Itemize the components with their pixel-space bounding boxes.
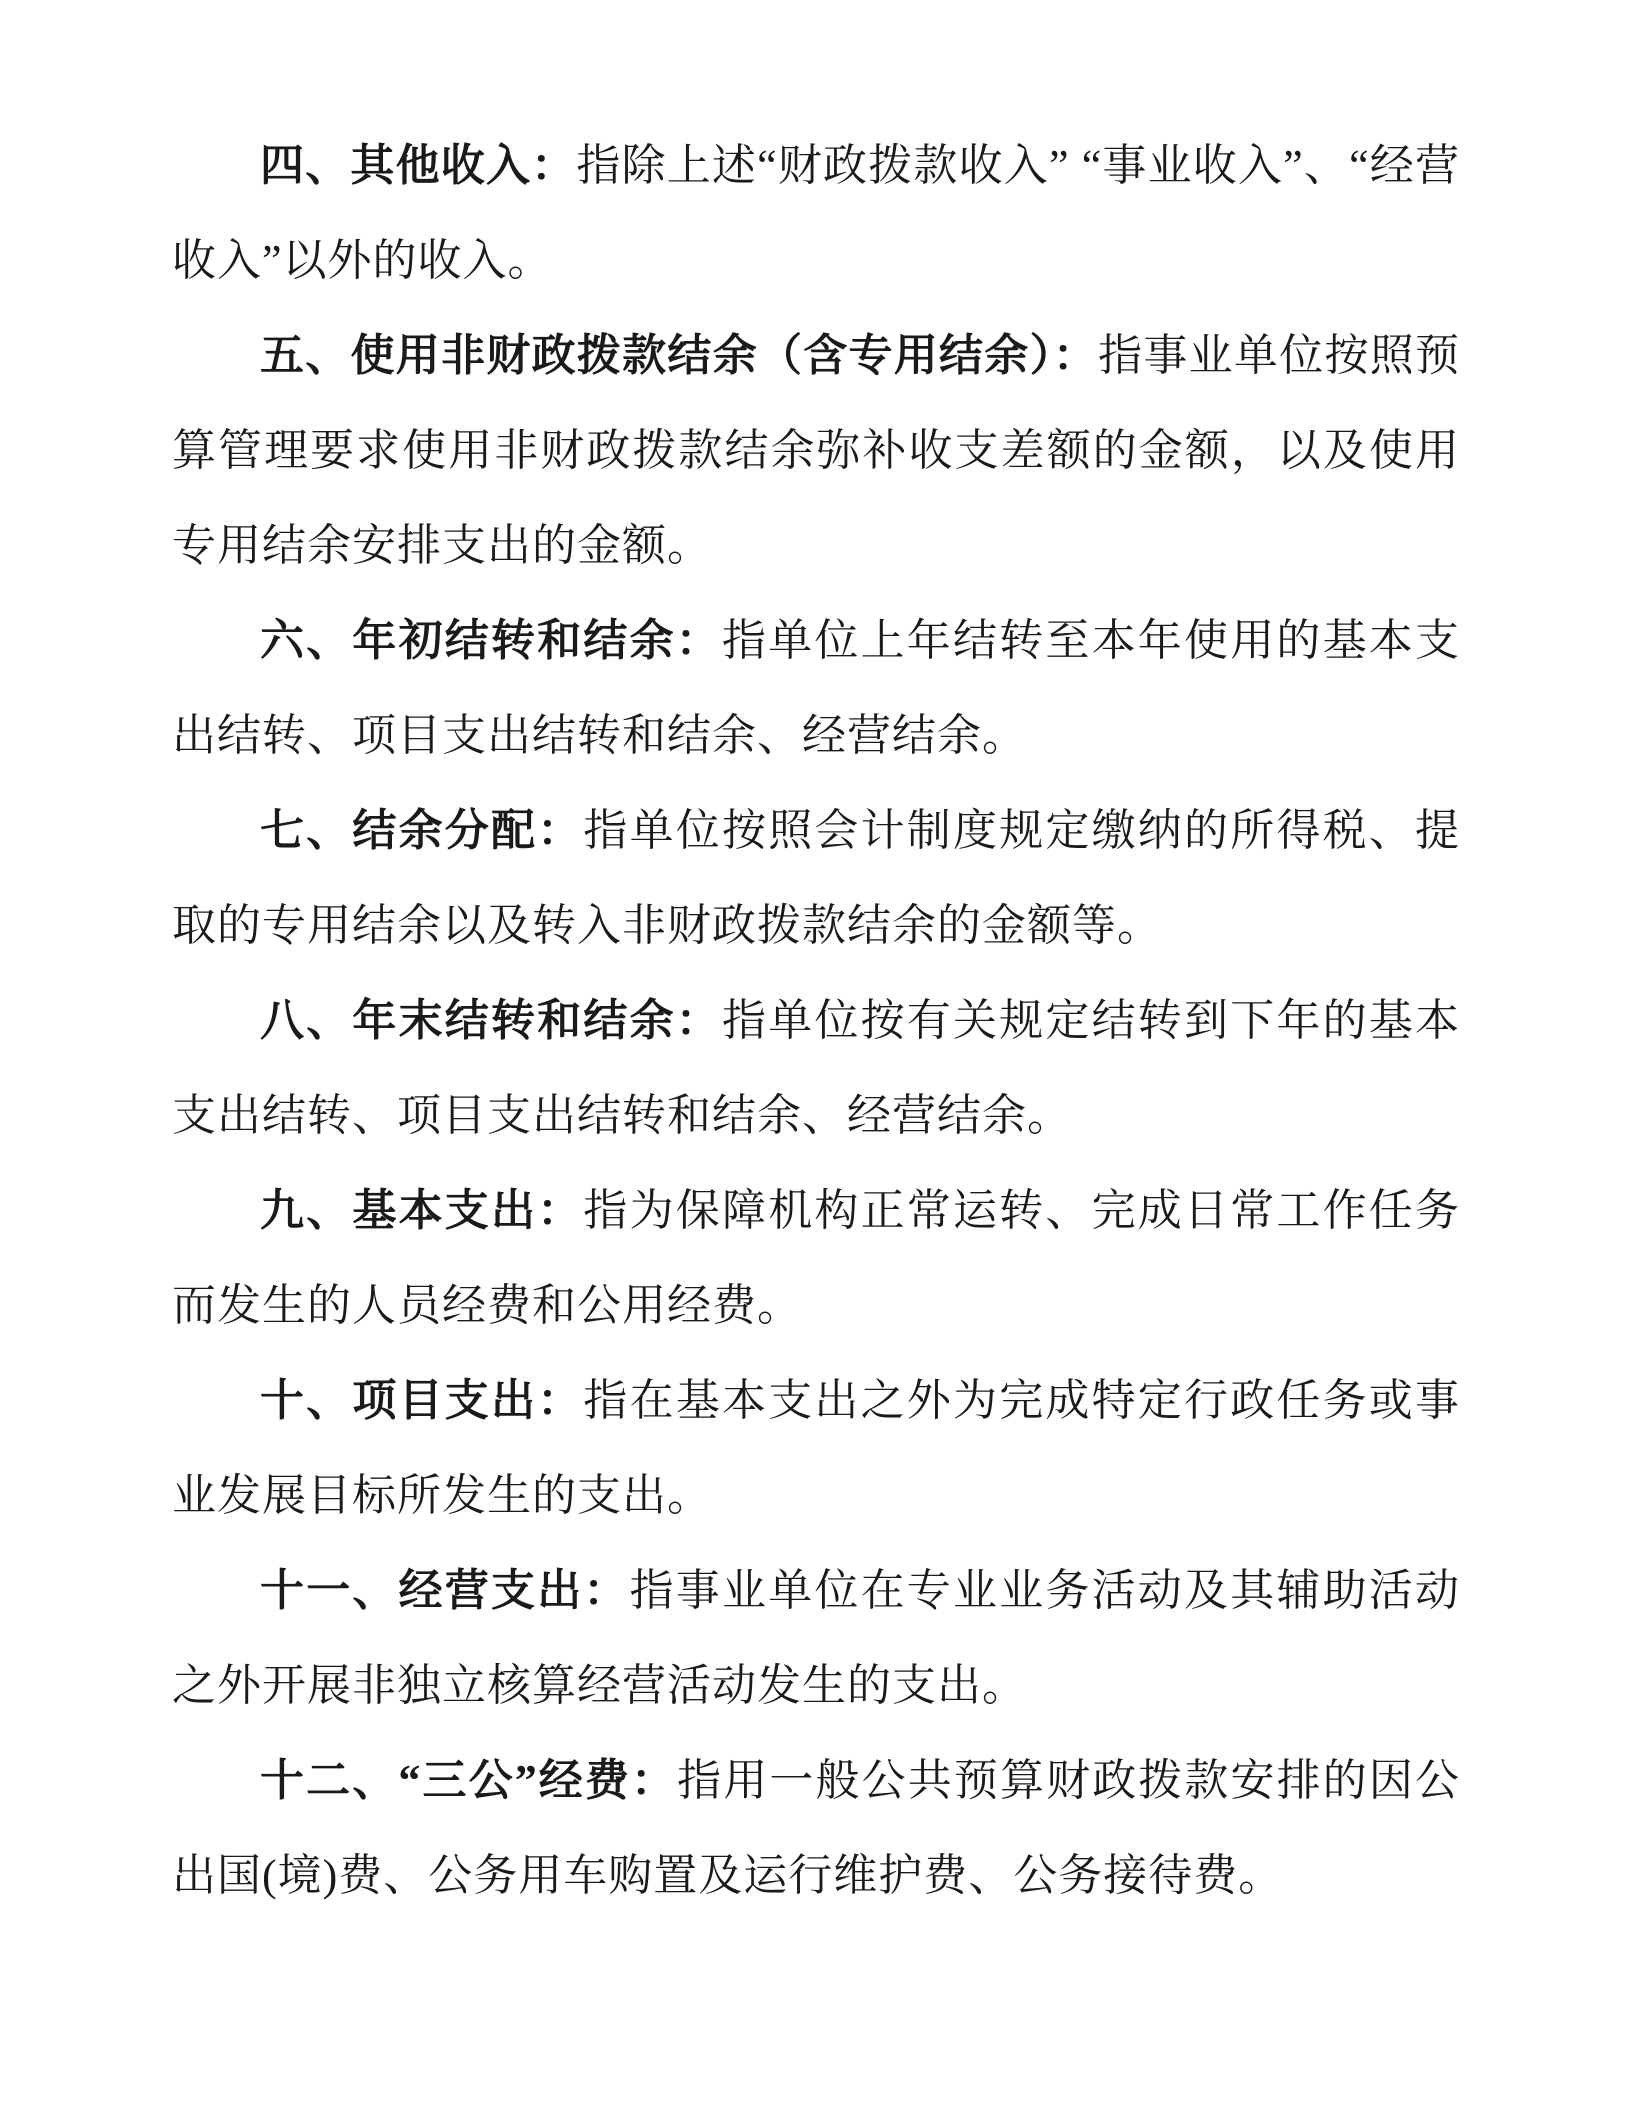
term-label: 十二、“三公”经费：	[260, 1756, 677, 1805]
term-label: 七、结余分配：	[260, 806, 583, 855]
document-body: 四、其他收入：指除上述“财政拨款收入” “事业收入”、“经营收入”以外的收入。 …	[172, 118, 1460, 1923]
term-label: 六、年初结转和结余：	[260, 616, 722, 665]
paragraph-item-9-basic-expenditure: 九、基本支出：指为保障机构正常运转、完成日常工作任务而发生的人员经费和公用经费。	[172, 1163, 1460, 1353]
paragraph-item-10-project-expenditure: 十、项目支出：指在基本支出之外为完成特定行政任务或事业发展目标所发生的支出。	[172, 1353, 1460, 1543]
term-label: 十、项目支出：	[260, 1376, 583, 1425]
term-label: 四、其他收入：	[260, 141, 576, 190]
term-label: 五、使用非财政拨款结余（含专用结余）：	[260, 331, 1098, 380]
paragraph-item-7-balance-distribution: 七、结余分配：指单位按照会计制度规定缴纳的所得税、提取的专用结余以及转入非财政拨…	[172, 783, 1460, 973]
paragraph-item-4-other-income: 四、其他收入：指除上述“财政拨款收入” “事业收入”、“经营收入”以外的收入。	[172, 118, 1460, 308]
paragraph-item-5-nonfiscal-balance: 五、使用非财政拨款结余（含专用结余）：指事业单位按照预算管理要求使用非财政拨款结…	[172, 308, 1460, 593]
term-label: 十一、经营支出：	[260, 1566, 630, 1615]
paragraph-item-12-three-public-funds: 十二、“三公”经费：指用一般公共预算财政拨款安排的因公出国(境)费、公务用车购置…	[172, 1733, 1460, 1923]
term-label: 九、基本支出：	[260, 1186, 583, 1235]
document-page: 四、其他收入：指除上述“财政拨款收入” “事业收入”、“经营收入”以外的收入。 …	[0, 0, 1632, 2112]
paragraph-item-11-operating-expenditure: 十一、经营支出：指事业单位在专业业务活动及其辅助活动之外开展非独立核算经营活动发…	[172, 1543, 1460, 1733]
paragraph-item-6-beginning-carryover: 六、年初结转和结余：指单位上年结转至本年使用的基本支出结转、项目支出结转和结余、…	[172, 593, 1460, 783]
paragraph-item-8-yearend-carryover: 八、年末结转和结余：指单位按有关规定结转到下年的基本支出结转、项目支出结转和结余…	[172, 973, 1460, 1163]
term-label: 八、年末结转和结余：	[260, 996, 722, 1045]
